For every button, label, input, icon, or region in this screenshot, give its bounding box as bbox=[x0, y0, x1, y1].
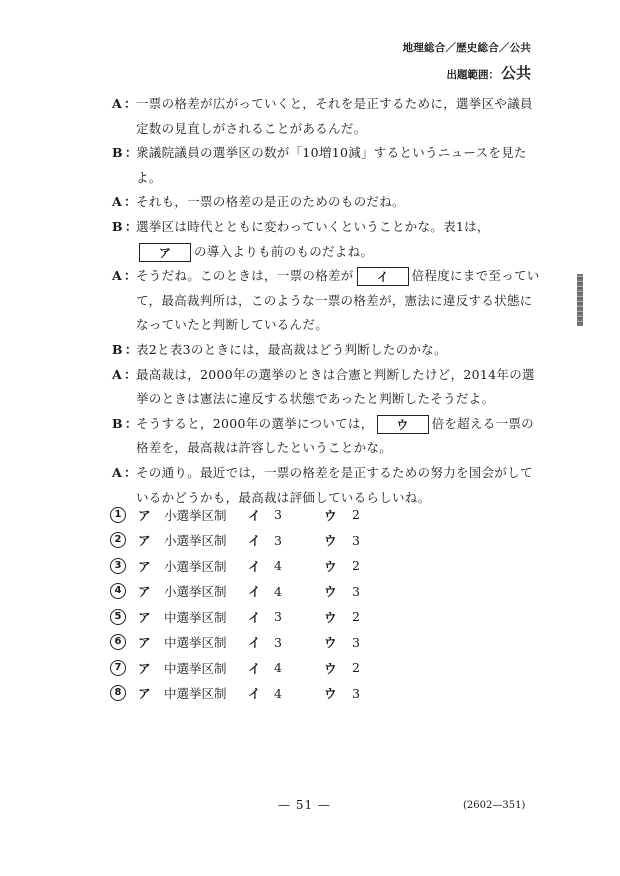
dialogue-text: 衆議院議員の選挙区の数が「10増10減」するというニュースを見たよ。 bbox=[136, 141, 542, 190]
speaker-name: A bbox=[112, 367, 122, 382]
choice-u: 3 bbox=[352, 584, 372, 599]
circled-number: 1 bbox=[110, 507, 126, 523]
choice-a-label: ア bbox=[138, 633, 152, 651]
choice-a-label: ア bbox=[138, 608, 152, 626]
header-scope: 出題範囲： 公共 bbox=[446, 62, 531, 83]
choice-option-5: 5ア中選挙区制イ3ウ2 bbox=[110, 604, 372, 630]
speaker-label: A： bbox=[112, 92, 136, 141]
circled-number: 6 bbox=[110, 634, 126, 650]
text-segment: その通り。最近では，一票の格差を是正するための努力を国会がしているかどうかも，最… bbox=[136, 465, 533, 505]
text-segment: そうだね。このときは，一票の格差が bbox=[136, 268, 354, 283]
choice-i-label: イ bbox=[248, 633, 262, 651]
choice-u: 3 bbox=[352, 533, 372, 548]
choice-u-label: ウ bbox=[324, 506, 338, 524]
page-number: — 51 — bbox=[278, 798, 331, 812]
text-segment: 選挙区は時代とともに変わっていくということかな。表1は， bbox=[136, 219, 490, 234]
dialogue-line: A：一票の格差が広がっていくと，それを是正するために，選挙区や議員定数の見直しが… bbox=[112, 92, 542, 141]
choice-i-label: イ bbox=[248, 582, 262, 600]
answer-choices: 1ア小選挙区制イ3ウ22ア小選挙区制イ3ウ33ア小選挙区制イ4ウ24ア小選挙区制… bbox=[110, 502, 372, 706]
choice-i: 3 bbox=[274, 533, 324, 548]
choice-i-label: イ bbox=[248, 531, 262, 549]
choice-i: 4 bbox=[274, 686, 324, 701]
dialogue-line: B：表2と表3のときには，最高裁はどう判断したのかな。 bbox=[112, 338, 542, 363]
choice-option-8: 8ア中選挙区制イ4ウ3 bbox=[110, 681, 372, 707]
choice-u-label: ウ bbox=[324, 531, 338, 549]
choice-i-label: イ bbox=[248, 608, 262, 626]
dialogue: A：一票の格差が広がっていくと，それを是正するために，選挙区や議員定数の見直しが… bbox=[112, 92, 542, 510]
dialogue-text: そうだね。このときは，一票の格差がイ倍程度にまで至っていて，最高裁判所は，このよ… bbox=[136, 264, 542, 338]
dialogue-text: 一票の格差が広がっていくと，それを是正するために，選挙区や議員定数の見直しがされ… bbox=[136, 92, 542, 141]
choice-i: 3 bbox=[274, 635, 324, 650]
scope-value: 公共 bbox=[501, 62, 531, 83]
choice-a: 中選挙区制 bbox=[164, 633, 244, 651]
answer-blank-box: ウ bbox=[377, 415, 429, 434]
choice-option-2: 2ア小選挙区制イ3ウ3 bbox=[110, 528, 372, 554]
choice-i-label: イ bbox=[248, 557, 262, 575]
text-segment: 一票の格差が広がっていくと，それを是正するために，選挙区や議員定数の見直しがされ… bbox=[136, 96, 533, 136]
circled-number: 2 bbox=[110, 532, 126, 548]
choice-u-label: ウ bbox=[324, 608, 338, 626]
choice-a: 小選挙区制 bbox=[164, 506, 244, 524]
choice-i: 4 bbox=[274, 584, 324, 599]
speaker-label: B： bbox=[112, 412, 136, 461]
speaker-label: B： bbox=[112, 338, 136, 363]
choice-u: 2 bbox=[352, 558, 372, 573]
choice-option-1: 1ア小選挙区制イ3ウ2 bbox=[110, 502, 372, 528]
circled-number: 3 bbox=[110, 558, 126, 574]
choice-i: 4 bbox=[274, 558, 324, 573]
choice-a-label: ア bbox=[138, 659, 152, 677]
text-segment: それも，一票の格差の是正のためのものだね。 bbox=[136, 194, 405, 209]
choice-u: 3 bbox=[352, 635, 372, 650]
text-segment: 衆議院議員の選挙区の数が「10増10減」するというニュースを見たよ。 bbox=[136, 145, 527, 185]
text-segment: 最高裁は，2000年の選挙のときは合憲と判断したけど，2014年の選挙のときは憲… bbox=[136, 367, 535, 407]
choice-a: 中選挙区制 bbox=[164, 684, 244, 702]
text-segment: そうすると，2000年の選挙については， bbox=[136, 416, 374, 431]
speaker-label: A： bbox=[112, 363, 136, 412]
choice-option-7: 7ア中選挙区制イ4ウ2 bbox=[110, 655, 372, 681]
dialogue-text: 選挙区は時代とともに変わっていくということかな。表1は，アの導入よりも前のものだ… bbox=[136, 215, 542, 264]
circled-number: 8 bbox=[110, 685, 126, 701]
choice-i: 4 bbox=[274, 660, 324, 675]
choice-u-label: ウ bbox=[324, 557, 338, 575]
choice-a-label: ア bbox=[138, 531, 152, 549]
dialogue-line: A：最高裁は，2000年の選挙のときは合憲と判断したけど，2014年の選挙のとき… bbox=[112, 363, 542, 412]
speaker-label: A： bbox=[112, 264, 136, 338]
speaker-name: A bbox=[112, 96, 122, 111]
choice-a-label: ア bbox=[138, 684, 152, 702]
circled-number: 5 bbox=[110, 609, 126, 625]
choice-a: 小選挙区制 bbox=[164, 557, 244, 575]
choice-u: 2 bbox=[352, 660, 372, 675]
choice-a-label: ア bbox=[138, 557, 152, 575]
choice-a: 中選挙区制 bbox=[164, 659, 244, 677]
speaker-label: B： bbox=[112, 141, 136, 190]
dialogue-line: A：それも，一票の格差の是正のためのものだね。 bbox=[112, 190, 542, 215]
circled-number: 7 bbox=[110, 660, 126, 676]
scope-label: 出題範囲： bbox=[446, 67, 499, 82]
dialogue-text: そうすると，2000年の選挙については，ウ倍を超える一票の格差を，最高裁は許容し… bbox=[136, 412, 542, 461]
dialogue-text: 表2と表3のときには，最高裁はどう判断したのかな。 bbox=[136, 338, 542, 363]
choice-u-label: ウ bbox=[324, 582, 338, 600]
answer-blank-box: ア bbox=[139, 243, 191, 262]
choice-i: 3 bbox=[274, 609, 324, 624]
answer-blank-box: イ bbox=[357, 267, 409, 286]
page-edge-index-mark bbox=[577, 274, 583, 326]
speaker-label: B： bbox=[112, 215, 136, 264]
header-subjects: 地理総合／歴史総合／公共 bbox=[403, 40, 531, 55]
dialogue-line: B：衆議院議員の選挙区の数が「10増10減」するというニュースを見たよ。 bbox=[112, 141, 542, 190]
choice-u-label: ウ bbox=[324, 633, 338, 651]
choice-i: 3 bbox=[274, 507, 324, 522]
speaker-name: B bbox=[112, 342, 123, 357]
dialogue-line: A：そうだね。このときは，一票の格差がイ倍程度にまで至っていて，最高裁判所は，こ… bbox=[112, 264, 542, 338]
choice-a: 中選挙区制 bbox=[164, 608, 244, 626]
text-segment: 表2と表3のときには，最高裁はどう判断したのかな。 bbox=[136, 342, 447, 357]
choice-a-label: ア bbox=[138, 506, 152, 524]
speaker-name: A bbox=[112, 268, 122, 283]
dialogue-text: それも，一票の格差の是正のためのものだね。 bbox=[136, 190, 542, 215]
speaker-name: B bbox=[112, 416, 123, 431]
speaker-name: A bbox=[112, 194, 122, 209]
choice-option-3: 3ア小選挙区制イ4ウ2 bbox=[110, 553, 372, 579]
speaker-name: B bbox=[112, 145, 123, 160]
choice-option-4: 4ア小選挙区制イ4ウ3 bbox=[110, 579, 372, 605]
speaker-name: A bbox=[112, 465, 122, 480]
choice-option-6: 6ア中選挙区制イ3ウ3 bbox=[110, 630, 372, 656]
text-segment: の導入よりも前のものだよね。 bbox=[194, 244, 373, 259]
choice-a: 小選挙区制 bbox=[164, 531, 244, 549]
choice-u-label: ウ bbox=[324, 659, 338, 677]
dialogue-line: B：選挙区は時代とともに変わっていくということかな。表1は，アの導入よりも前のも… bbox=[112, 215, 542, 264]
exam-code: (2602—351) bbox=[463, 800, 525, 811]
choice-u: 3 bbox=[352, 686, 372, 701]
choice-a: 小選挙区制 bbox=[164, 582, 244, 600]
speaker-name: B bbox=[112, 219, 123, 234]
circled-number: 4 bbox=[110, 583, 126, 599]
choice-i-label: イ bbox=[248, 659, 262, 677]
choice-a-label: ア bbox=[138, 582, 152, 600]
choice-u-label: ウ bbox=[324, 684, 338, 702]
dialogue-line: B：そうすると，2000年の選挙については，ウ倍を超える一票の格差を，最高裁は許… bbox=[112, 412, 542, 461]
dialogue-text: 最高裁は，2000年の選挙のときは合憲と判断したけど，2014年の選挙のときは憲… bbox=[136, 363, 542, 412]
choice-i-label: イ bbox=[248, 506, 262, 524]
choice-u: 2 bbox=[352, 609, 372, 624]
speaker-label: A： bbox=[112, 190, 136, 215]
choice-u: 2 bbox=[352, 507, 372, 522]
choice-i-label: イ bbox=[248, 684, 262, 702]
